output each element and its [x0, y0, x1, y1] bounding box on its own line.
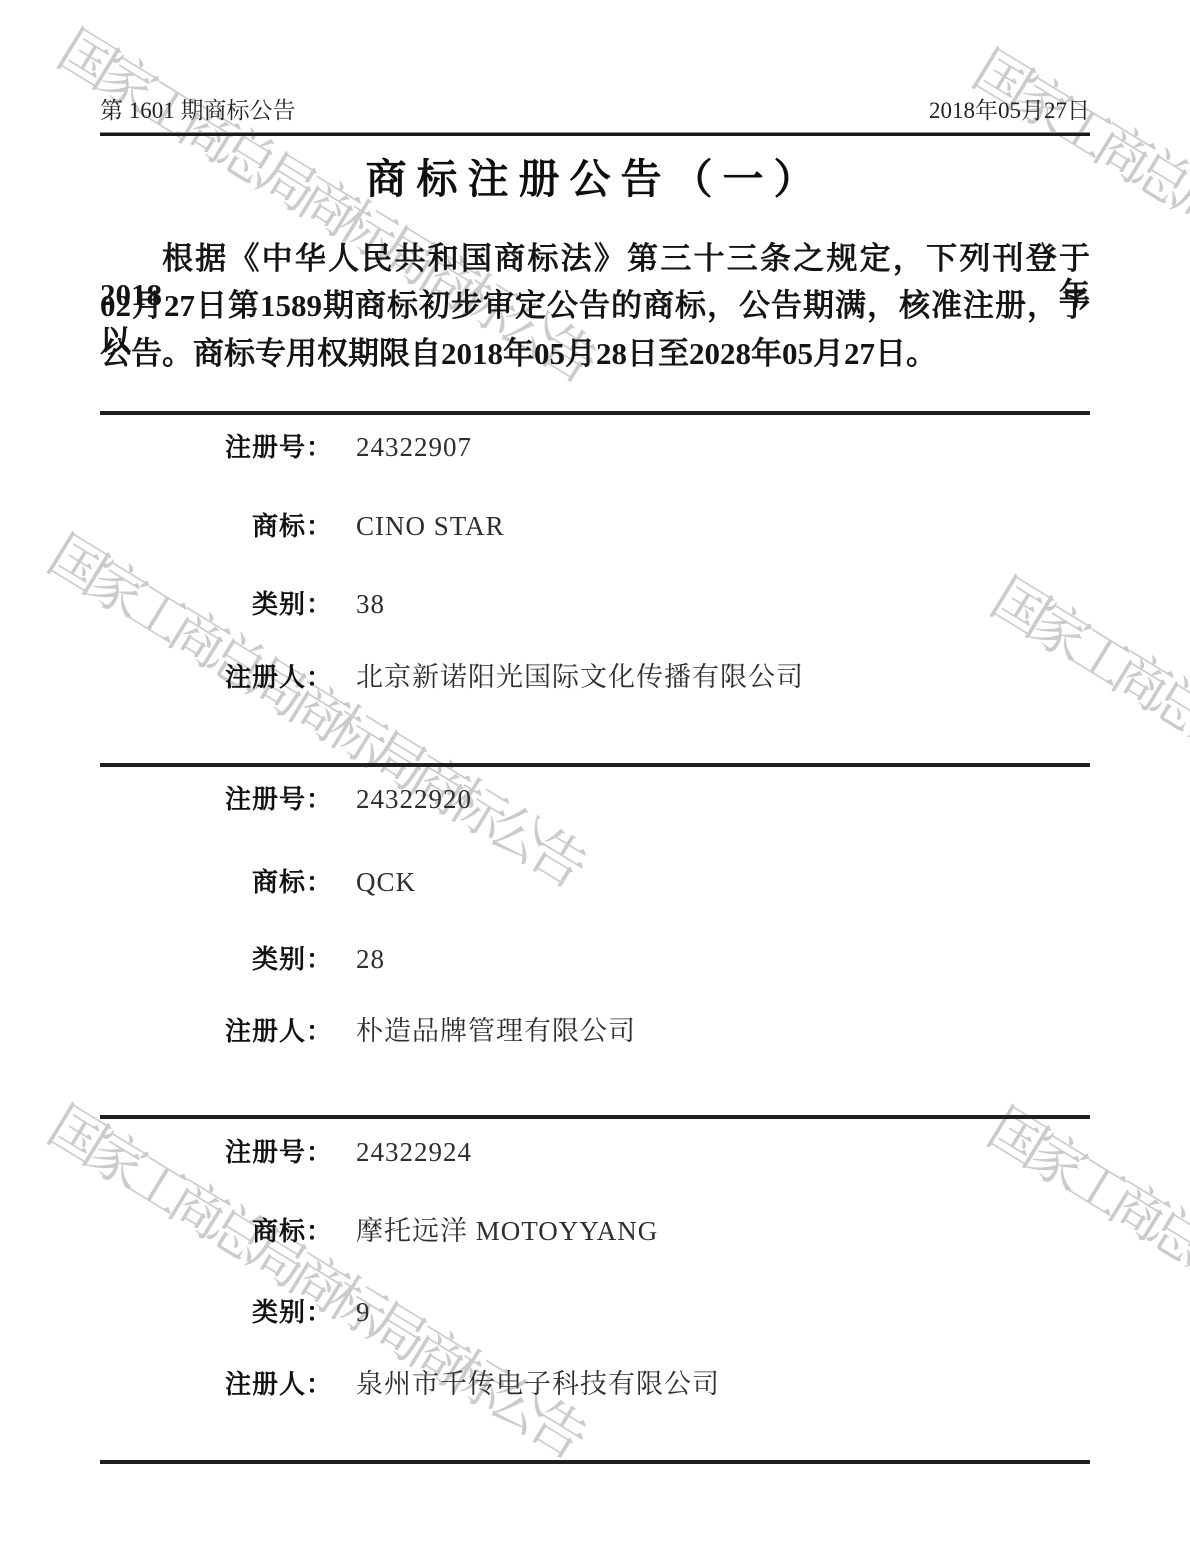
class-value: 28 [356, 945, 385, 975]
entry-row-reg-no: 注册号： 24322907 [100, 433, 1090, 463]
registrant-label: 注册人： [100, 664, 333, 693]
class-label: 类别： [100, 1299, 333, 1328]
entry-row-mark: 商标： 摩托远洋 MOTOYYANG [100, 1217, 1090, 1247]
mark-value: CINO STAR [356, 512, 505, 542]
document-content: 第 1601 期商标公告 2018年05月27日 商标注册公告（一） 根据《中华… [0, 0, 1190, 1564]
registrant-value: 北京新诺阳光国际文化传播有限公司 [356, 663, 804, 693]
gazette-issue-label: 第 1601 期商标公告 [100, 97, 296, 125]
reg-no-label: 注册号： [100, 1139, 333, 1168]
mark-label: 商标： [100, 513, 333, 542]
registrant-label: 注册人： [100, 1018, 333, 1047]
mark-value: QCK [356, 868, 416, 898]
mark-label: 商标： [100, 869, 333, 898]
entry-row-registrant: 注册人： 朴造品牌管理有限公司 [100, 1017, 1090, 1047]
entry-row-class: 类别： 38 [100, 590, 1090, 620]
entry-separator [100, 763, 1090, 767]
entry-row-mark: 商标： QCK [100, 868, 1090, 898]
entry-row-registrant: 注册人： 泉州市千传电子科技有限公司 [100, 1370, 1090, 1400]
header-rule [100, 132, 1090, 136]
gazette-date: 2018年05月27日 [929, 97, 1090, 125]
entry-separator [100, 411, 1090, 415]
registrant-value: 泉州市千传电子科技有限公司 [356, 1370, 720, 1400]
class-value: 9 [356, 1298, 371, 1328]
entry-row-class: 类别： 28 [100, 945, 1090, 975]
class-label: 类别： [100, 946, 333, 975]
reg-no-value: 24322924 [356, 1138, 472, 1168]
gazette-page: 国家工商总局商标局商标公告 国家工商总局商标局商标公告 国家工商总局商标局商标公… [0, 0, 1190, 1564]
entry-row-reg-no: 注册号： 24322924 [100, 1138, 1090, 1168]
registrant-value: 朴造品牌管理有限公司 [356, 1017, 636, 1047]
reg-no-label: 注册号： [100, 786, 333, 815]
reg-no-value: 24322920 [356, 785, 472, 815]
entry-row-registrant: 注册人： 北京新诺阳光国际文化传播有限公司 [100, 663, 1090, 693]
intro-line: 公告。商标专用权期限自2018年05月28日至2028年05月27日。 [100, 336, 1090, 372]
mark-label: 商标： [100, 1218, 333, 1247]
entry-row-reg-no: 注册号： 24322920 [100, 785, 1090, 815]
reg-no-label: 注册号： [100, 434, 333, 463]
entry-row-class: 类别： 9 [100, 1298, 1090, 1328]
page-title: 商标注册公告（一） [0, 146, 1190, 205]
mark-value: 摩托远洋 MOTOYYANG [356, 1217, 658, 1247]
registrant-label: 注册人： [100, 1371, 333, 1400]
class-label: 类别： [100, 591, 333, 620]
entry-separator [100, 1115, 1090, 1119]
entry-row-mark: 商标： CINO STAR [100, 512, 1090, 542]
bottom-rule [100, 1460, 1090, 1464]
reg-no-value: 24322907 [356, 433, 472, 463]
class-value: 38 [356, 590, 385, 620]
